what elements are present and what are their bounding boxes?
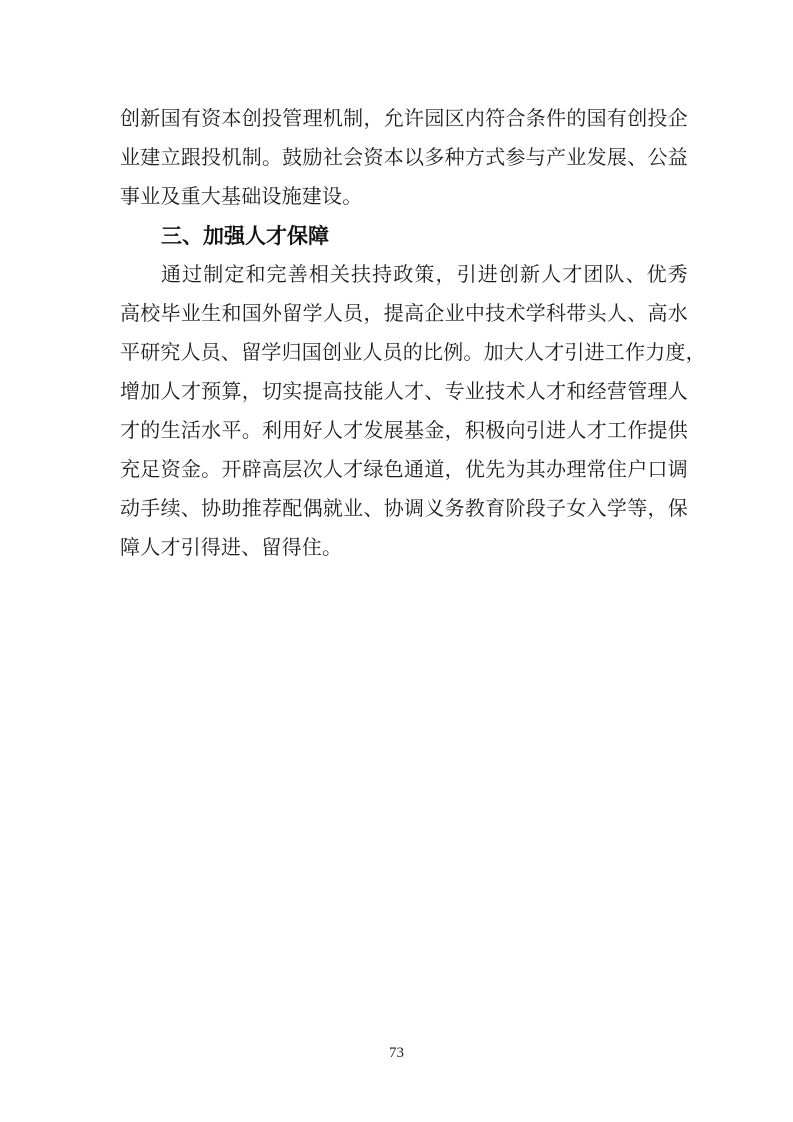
paragraph-line: 创新国有资本创投管理机制，允许园区内符合条件的国有创投企 [120, 100, 688, 139]
section-heading: 三、加强人才保障 [120, 217, 688, 256]
paragraph-line: 充足资金。开辟高层次人才绿色通道，优先为其办理常住户口调 [120, 451, 688, 490]
paragraph-line: 业建立跟投机制。鼓励社会资本以多种方式参与产业发展、公益 [120, 139, 688, 178]
page-number: 73 [0, 1045, 793, 1062]
paragraph-line: 事业及重大基础设施建设。 [120, 178, 688, 217]
paragraph-line: 障人才引得进、留得住。 [120, 529, 688, 568]
paragraph-line: 通过制定和完善相关扶持政策，引进创新人才团队、优秀 [120, 256, 688, 295]
document-body: 创新国有资本创投管理机制，允许园区内符合条件的国有创投企业建立跟投机制。鼓励社会… [120, 100, 688, 568]
paragraph-line: 平研究人员、留学归国创业人员的比例。加大人才引进工作力度， [120, 334, 688, 373]
paragraph-line: 动手续、协助推荐配偶就业、协调义务教育阶段子女入学等，保 [120, 490, 688, 529]
paragraph: 创新国有资本创投管理机制，允许园区内符合条件的国有创投企业建立跟投机制。鼓励社会… [120, 100, 688, 217]
paragraph-line: 才的生活水平。利用好人才发展基金，积极向引进人才工作提供 [120, 412, 688, 451]
document-page: 创新国有资本创投管理机制，允许园区内符合条件的国有创投企业建立跟投机制。鼓励社会… [0, 0, 793, 1122]
paragraph-line: 高校毕业生和国外留学人员，提高企业中技术学科带头人、高水 [120, 295, 688, 334]
paragraph-line: 增加人才预算，切实提高技能人才、专业技术人才和经营管理人 [120, 373, 688, 412]
paragraph: 通过制定和完善相关扶持政策，引进创新人才团队、优秀高校毕业生和国外留学人员，提高… [120, 256, 688, 568]
